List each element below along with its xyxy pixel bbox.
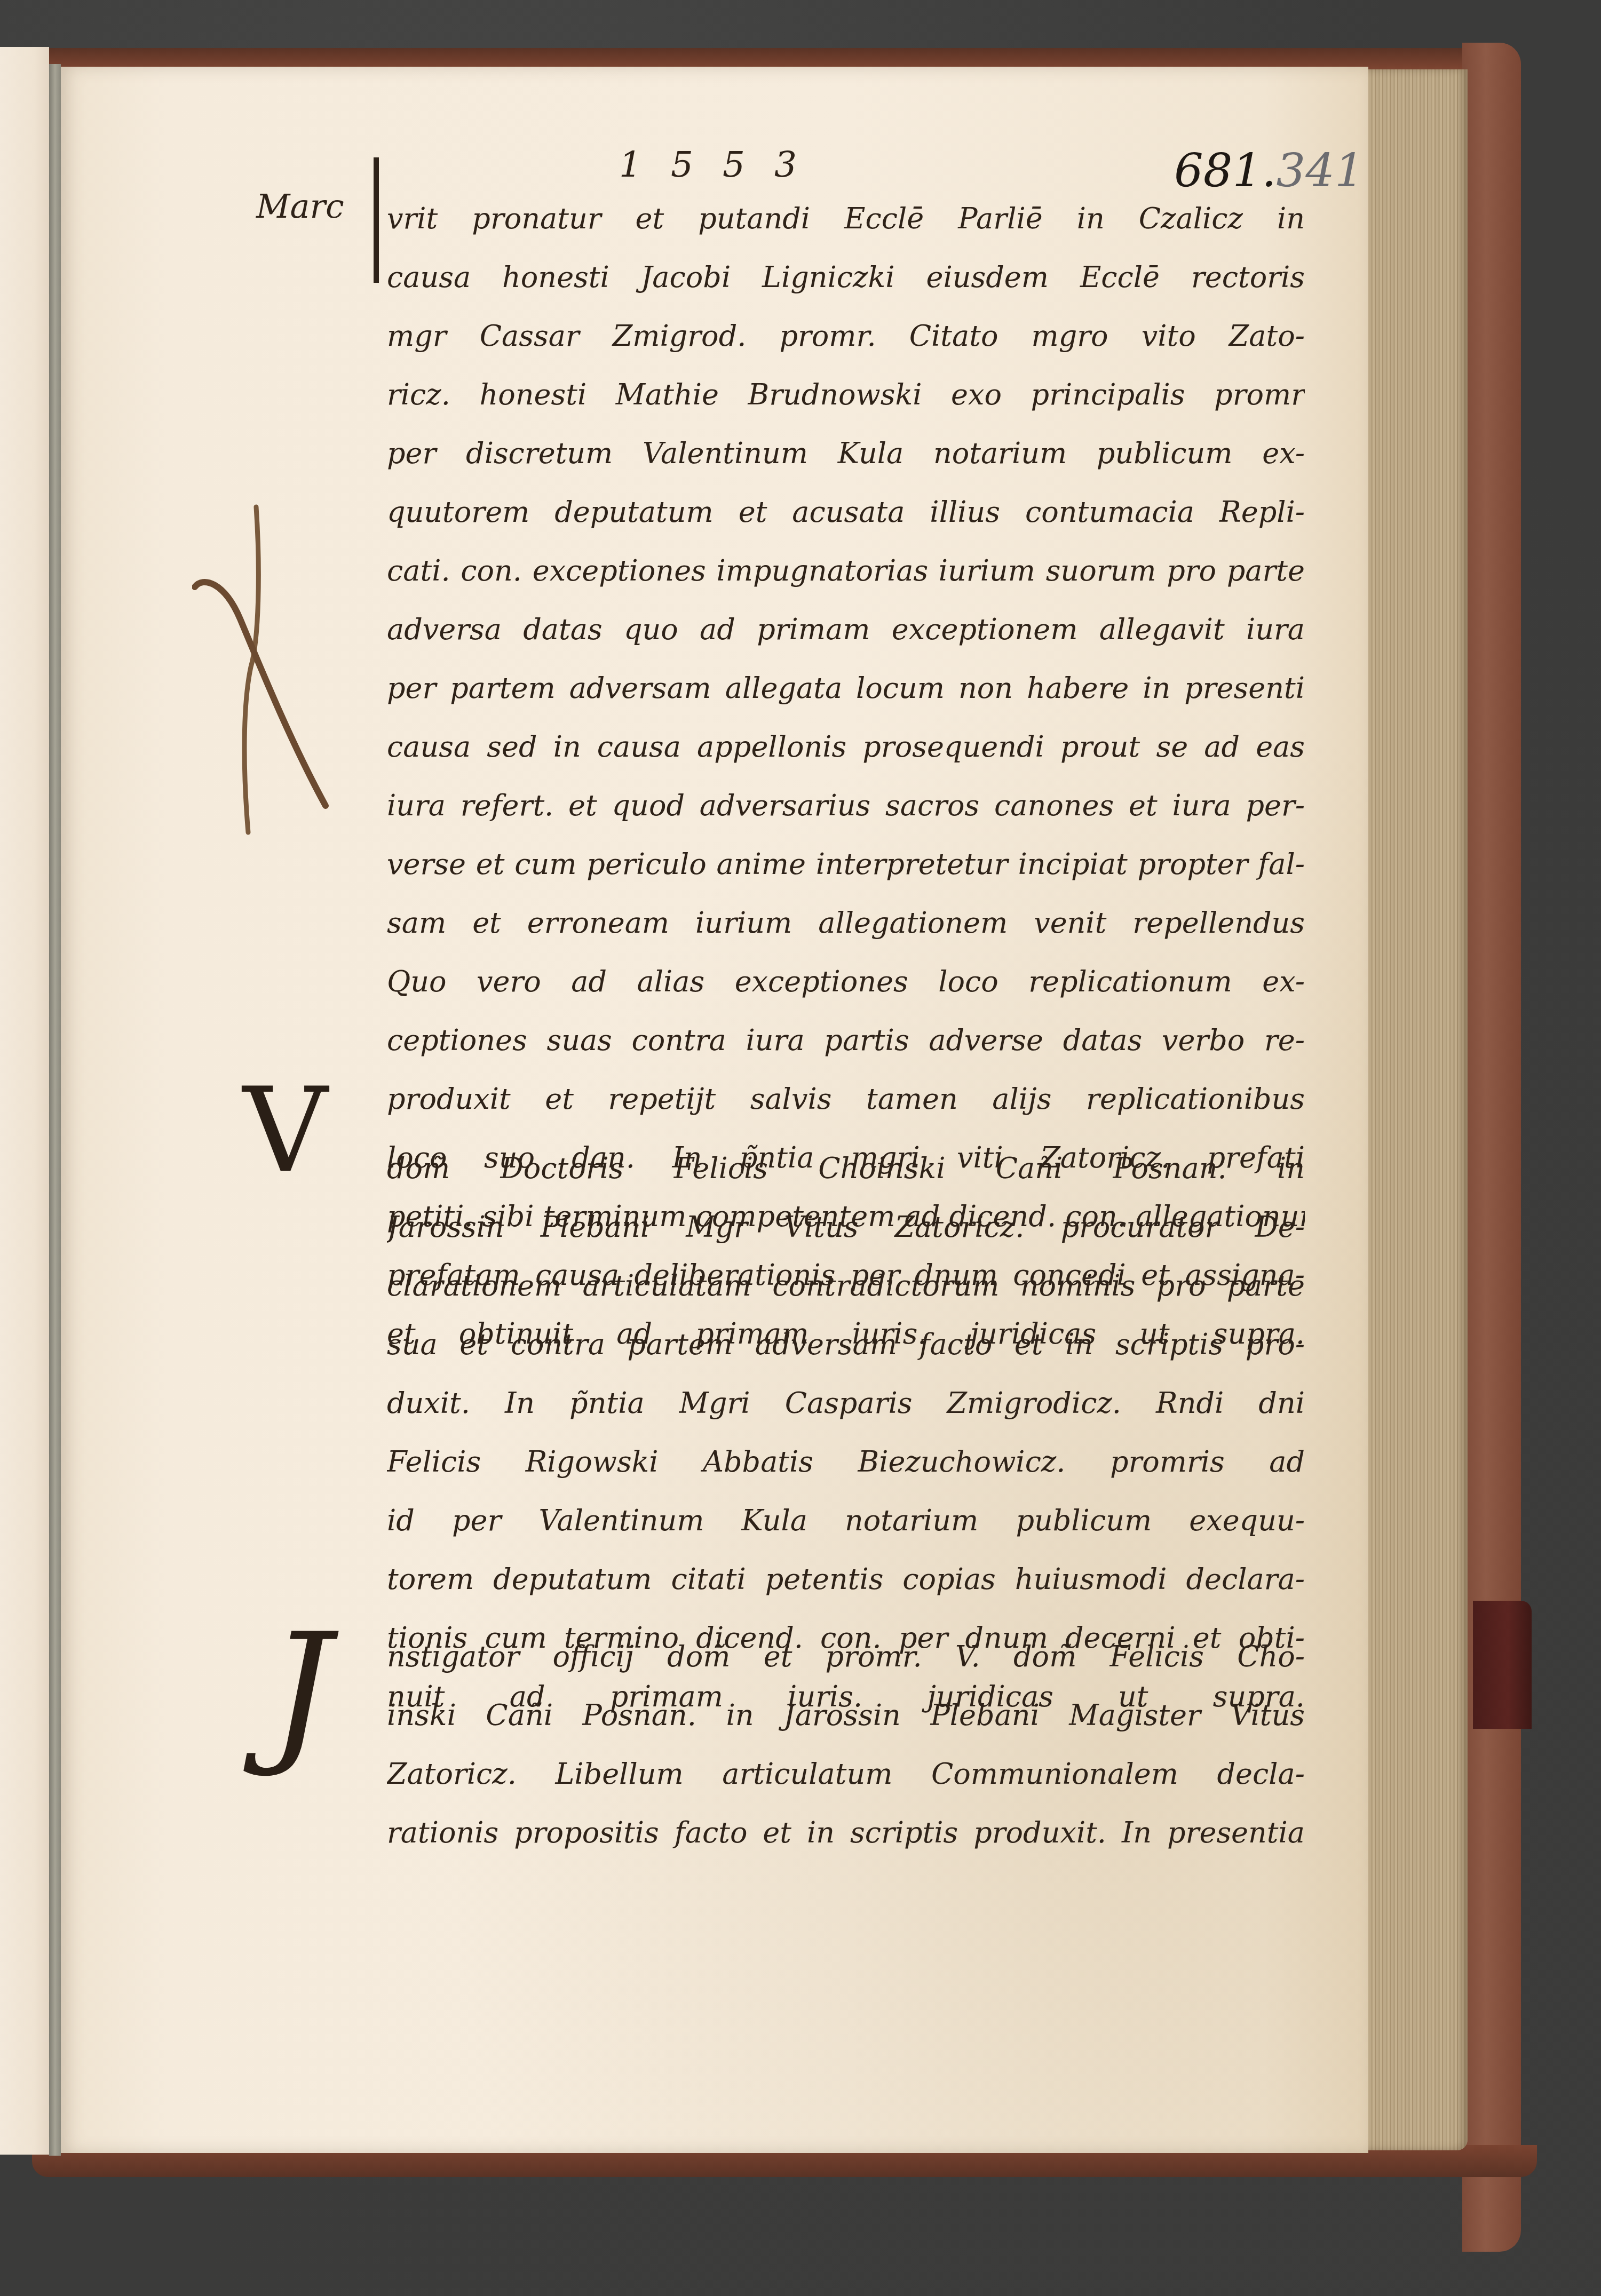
text-line: cati. con. exceptiones impugnatorias iur… [387,542,1305,600]
text-line: clarationem articulatam contradictorum n… [387,1257,1305,1315]
text-line: causa sed in causa appellonis prosequend… [387,718,1305,776]
text-line: verse et cum periculo anime interpretetu… [387,835,1305,894]
text-line: per discretum Valentinum Kula notarium p… [387,424,1305,483]
gutter [49,64,61,2156]
text-line: produxit et repetijt salvis tamen alijs … [387,1070,1305,1129]
binding-cover-right [1462,43,1521,2252]
initial-letter-j: J [270,1601,331,1781]
text-line: torem deputatum citati petentis copias h… [387,1550,1305,1609]
text-line: Zatoricz. Libellum articulatum Communion… [387,1745,1305,1804]
text-line: nstigator officij dom̃ et promr. V. dom̃… [387,1627,1305,1686]
text-line: quutorem deputatum et acusata illius con… [387,483,1305,542]
binding-leather-damage [1473,1601,1532,1729]
text-line: ceptiones suas contra iura partis advers… [387,1011,1305,1070]
text-line: per partem adversam allegata locum non h… [387,659,1305,718]
text-line: iura refert. et quod adversarius sacros … [387,776,1305,835]
text-line: causa honesti Jacobi Ligniczki eiusdem E… [387,248,1305,307]
text-line: mgr Cassar Zmigrod. promr. Citato mgro v… [387,307,1305,366]
text-line: rationis propositis facto et in scriptis… [387,1804,1305,1862]
left-page-edge [0,47,49,2155]
entry-paragraph-3: nstigator officij dom̃ et promr. V. dom̃… [387,1627,1305,1862]
text-line: adversa datas quo ad primam exceptionem … [387,600,1305,659]
text-line: dom̃ Doctoris Felicis Choinski Cañi Pos… [387,1139,1305,1198]
text-line: inski Cañi Posnan. in Jarossin Plebani … [387,1686,1305,1745]
text-line: duxit. In p̃ntia Mgri Casparis Zmigrodic… [387,1374,1305,1433]
text-line: id per Valentinum Kula notarium publicum… [387,1491,1305,1550]
margin-cross-mark-icon [192,491,331,838]
initial-bracket [374,157,379,283]
initial-letter-v: V [243,1062,328,1198]
text-line: Felicis Rigowski Abbatis Biezuchowicz. p… [387,1433,1305,1491]
text-line: vrit pronatur et putandi Ecclē Parliē in… [387,189,1305,248]
text-line: Jarossin Plebani Mgr Vitus Zatoricz. pro… [387,1198,1305,1257]
text-line: sua et contra partem adversam facto et i… [387,1315,1305,1374]
margin-month-note: Marc [256,187,344,226]
year-heading: 1553 [619,144,826,185]
page-block-edges [1364,69,1468,2150]
text-line: ricz. honesti Mathie Brudnowski exo prin… [387,366,1305,424]
text-line: sam et erroneam iurium allegationem veni… [387,894,1305,952]
text-line: Quo vero ad alias exceptiones loco repli… [387,952,1305,1011]
